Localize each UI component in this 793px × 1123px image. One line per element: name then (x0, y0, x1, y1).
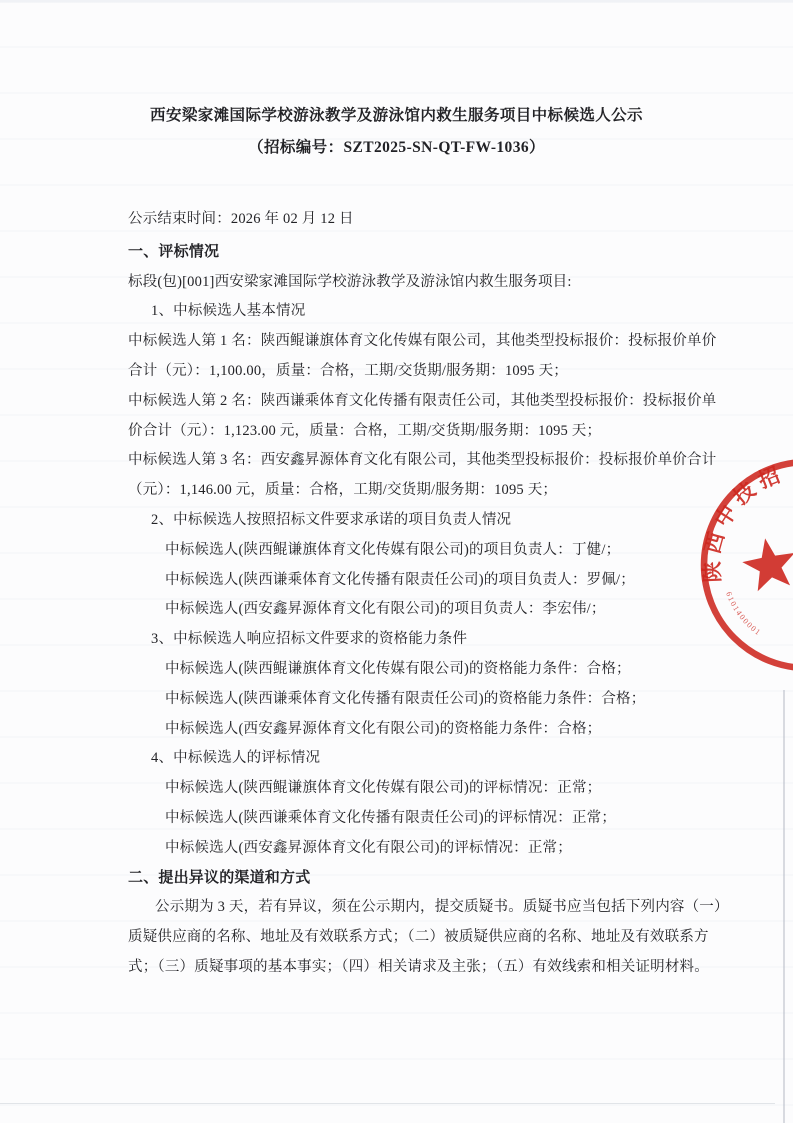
subsection-4-heading: 4、中标候选人的评标情况 (128, 744, 720, 774)
title-line-2: （招标编号：SZT2025-SN-QT-FW-1036） (0, 132, 793, 164)
seal-star-icon (742, 538, 793, 591)
candidate-2-line-2: 价合计（元）：1,123.00 元，质量：合格，工期/交货期/服务期：1095 … (128, 417, 720, 447)
evaluation-line-1: 中标候选人(陕西鲲谦旗体育文化传媒有限公司)的评标情况：正常； (128, 774, 720, 804)
subsection-2-heading: 2、中标候选人按照招标文件要求承诺的项目负责人情况 (128, 506, 720, 536)
section-1-heading: 一、评标情况 (128, 238, 720, 268)
objection-line-1: 公示期为 3 天，若有异议，须在公示期内，提交质疑书。质疑书应当包括下列内容（一… (128, 893, 720, 923)
objection-line-2: 质疑供应商的名称、地址及有效联系方式；（二）被质疑供应商的名称、地址及有效联系方 (128, 923, 720, 953)
subsection-1-heading: 1、中标候选人基本情况 (128, 297, 720, 327)
candidate-1-line-2: 合计（元）：1,100.00，质量：合格，工期/交货期/服务期：1095 天； (128, 357, 720, 387)
candidate-1-line-1: 中标候选人第 1 名：陕西鲲谦旗体育文化传媒有限公司，其他类型投标报价：投标报价… (128, 327, 720, 357)
evaluation-line-3: 中标候选人(西安鑫昇源体育文化有限公司)的评标情况：正常； (128, 834, 720, 864)
evaluation-line-2: 中标候选人(陕西谦乘体育文化传播有限责任公司)的评标情况：正常； (128, 804, 720, 834)
candidate-3-line-2: （元）：1,146.00 元，质量：合格，工期/交货期/服务期：1095 天； (128, 476, 720, 506)
manager-line-3: 中标候选人(西安鑫昇源体育文化有限公司)的项目负责人：李宏伟/； (128, 595, 720, 625)
qualification-line-3: 中标候选人(西安鑫昇源体育文化有限公司)的资格能力条件：合格； (128, 715, 720, 745)
scan-edge-bottom (0, 1103, 775, 1104)
seal-serial-digits: 6101400001 (724, 590, 763, 637)
document-page: 西安梁家滩国际学校游泳教学及游泳馆内救生服务项目中标候选人公示 （招标编号：SZ… (0, 0, 793, 1123)
scan-edge-right (783, 690, 785, 1123)
document-body: 公示结束时间：2026 年 02 月 12 日 一、评标情况 标段(包)[001… (128, 205, 720, 983)
qualification-line-1: 中标候选人(陕西鲲谦旗体育文化传媒有限公司)的资格能力条件：合格； (128, 655, 720, 685)
manager-line-1: 中标候选人(陕西鲲谦旗体育文化传媒有限公司)的项目负责人：丁健/； (128, 536, 720, 566)
document-title: 西安梁家滩国际学校游泳教学及游泳馆内救生服务项目中标候选人公示 （招标编号：SZ… (0, 100, 793, 164)
publicity-end-date: 公示结束时间：2026 年 02 月 12 日 (128, 205, 720, 235)
section-2-heading: 二、提出异议的渠道和方式 (128, 864, 720, 894)
subsection-3-heading: 3、中标候选人响应招标文件要求的资格能力条件 (128, 625, 720, 655)
title-line-1: 西安梁家滩国际学校游泳教学及游泳馆内救生服务项目中标候选人公示 (0, 100, 793, 132)
candidate-3-line-1: 中标候选人第 3 名：西安鑫昇源体育文化有限公司，其他类型投标报价：投标报价单价… (128, 446, 720, 476)
objection-line-3: 式；（三）质疑事项的基本事实；（四）相关请求及主张；（五）有效线索和相关证明材料… (128, 953, 720, 983)
lot-line: 标段(包)[001]西安梁家滩国际学校游泳教学及游泳馆内救生服务项目: (128, 268, 720, 298)
manager-line-2: 中标候选人(陕西谦乘体育文化传播有限责任公司)的项目负责人：罗佩/； (128, 566, 720, 596)
qualification-line-2: 中标候选人(陕西谦乘体育文化传播有限责任公司)的资格能力条件：合格； (128, 685, 720, 715)
candidate-2-line-1: 中标候选人第 2 名：陕西谦乘体育文化传播有限责任公司，其他类型投标报价：投标报… (128, 387, 720, 417)
